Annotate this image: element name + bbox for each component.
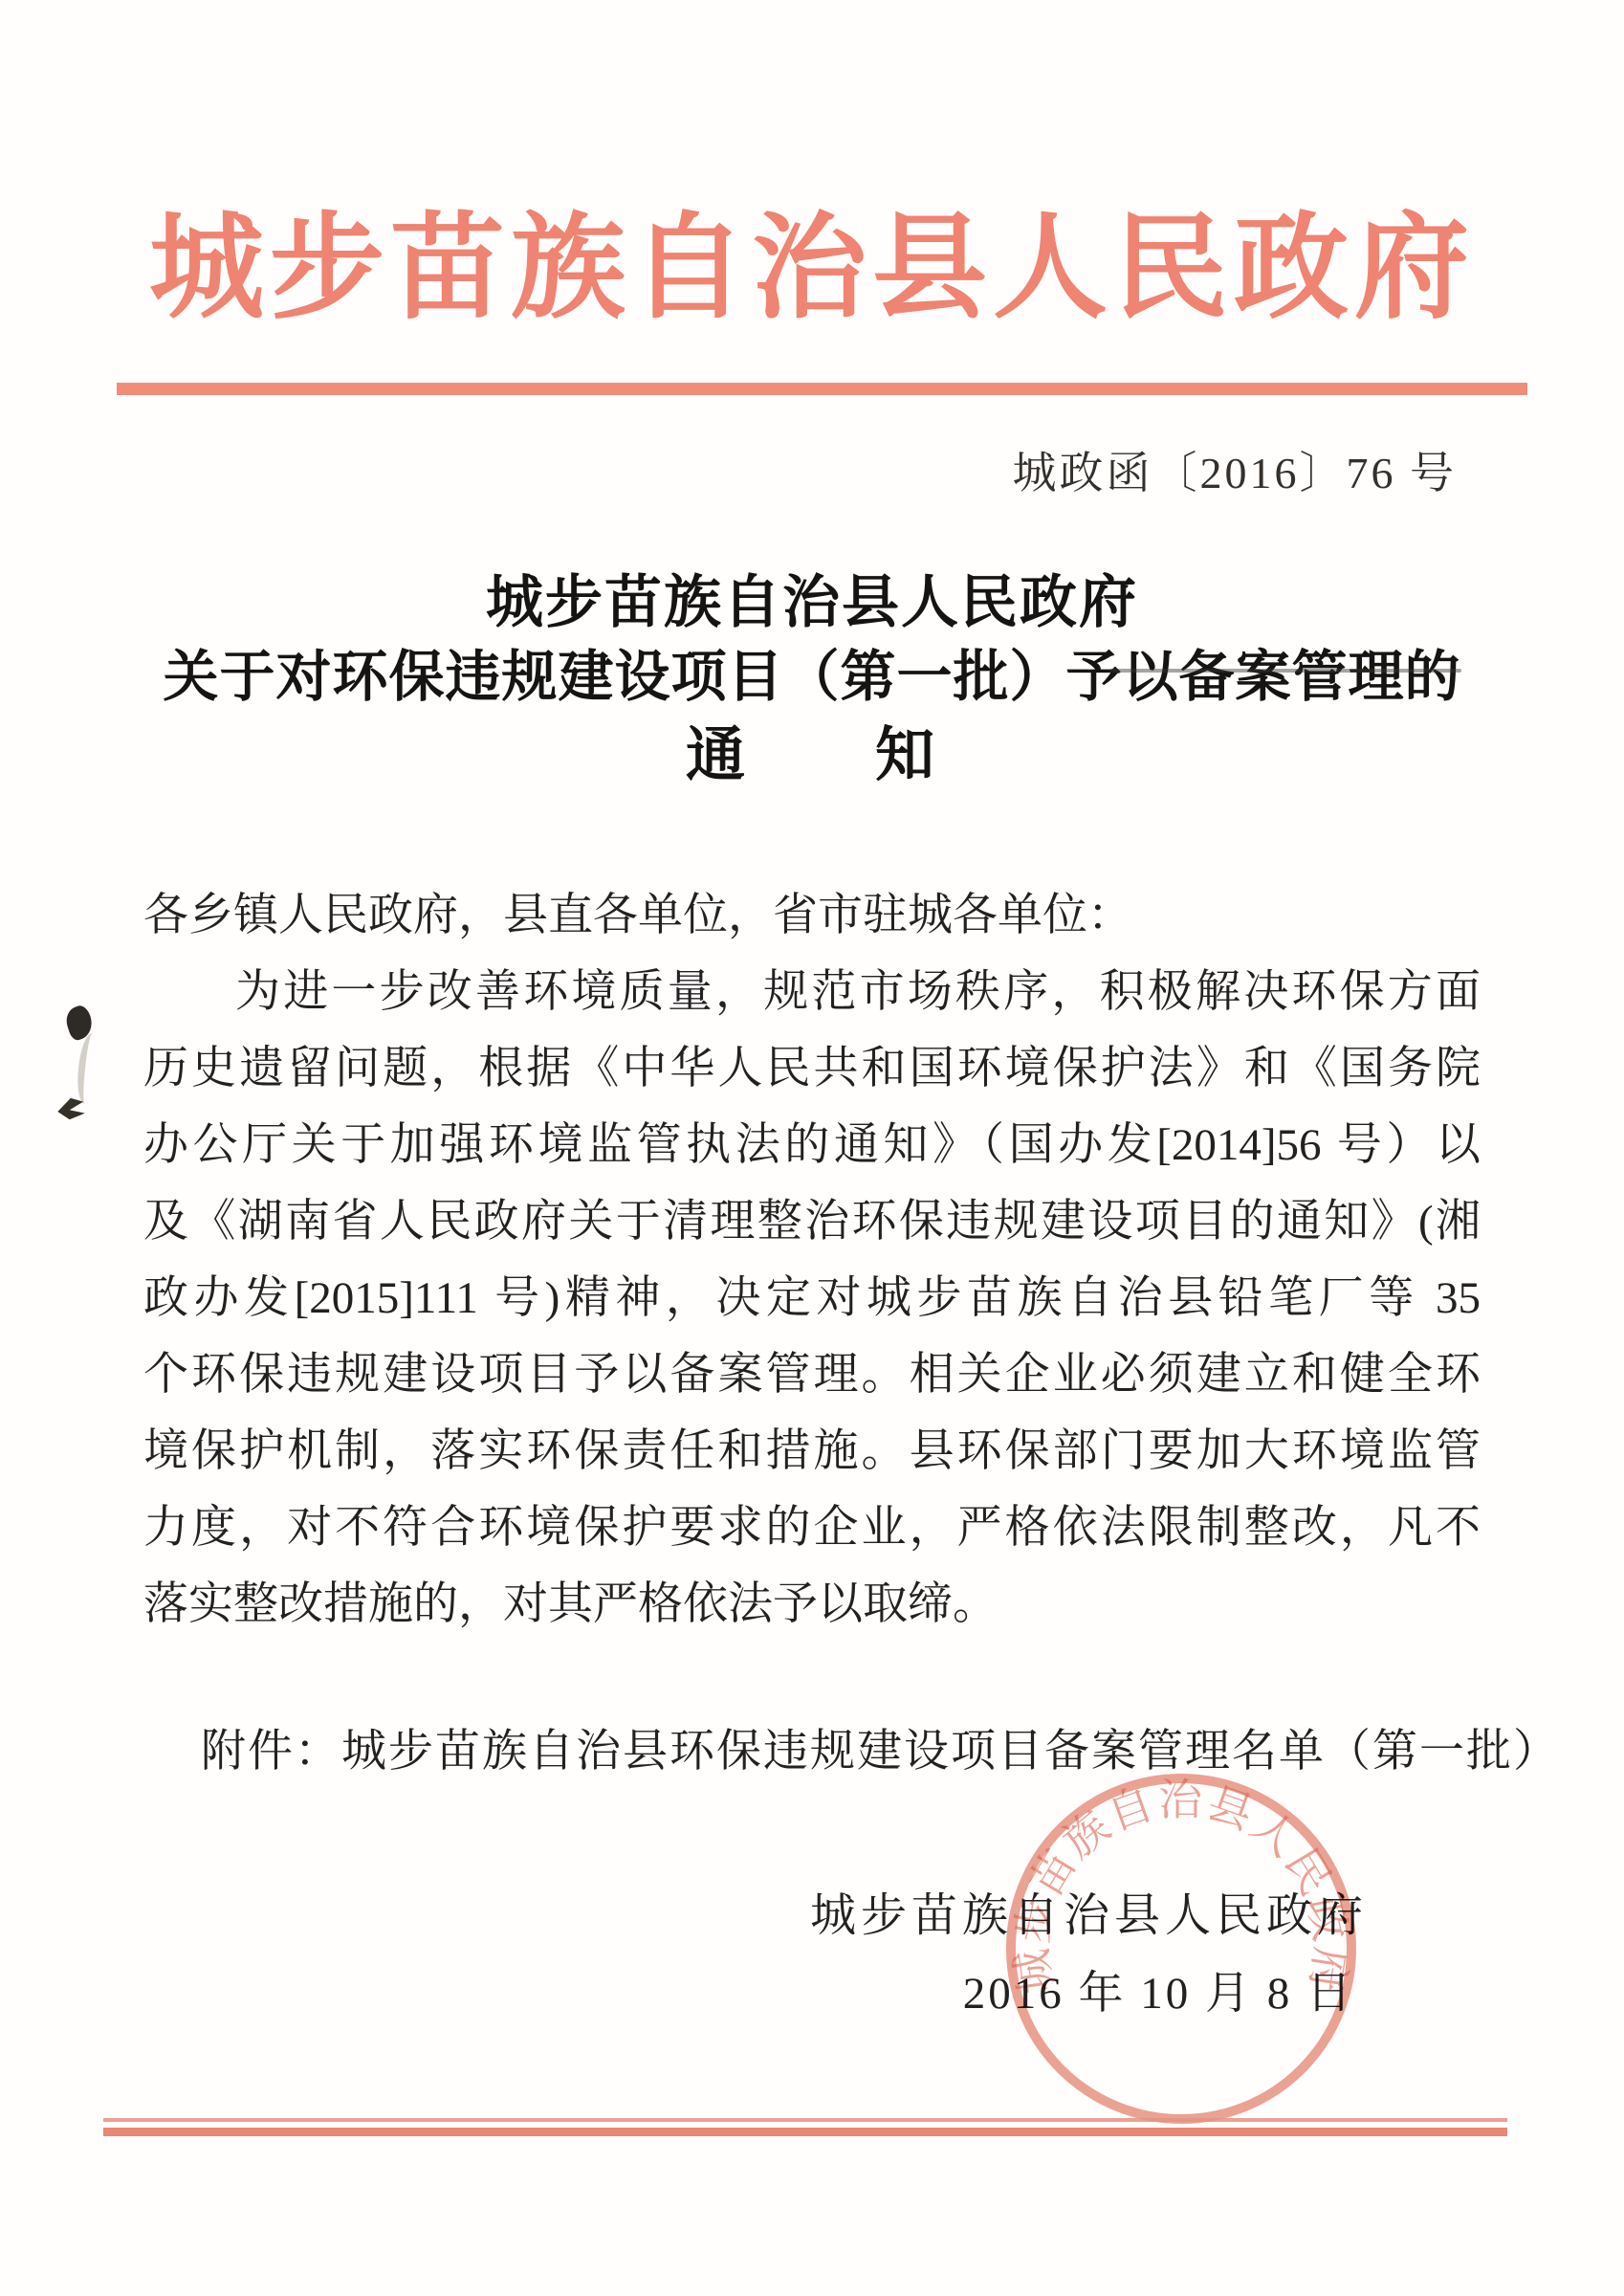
salutation-line: 各乡镇人民政府，县直各单位，省市驻城各单位： xyxy=(143,877,1481,954)
title-line-3: 通 知 xyxy=(0,716,1624,796)
issuing-authority-masthead: 城步苗族自治县人民政府 xyxy=(0,203,1624,335)
scan-streak-artifact xyxy=(1109,669,1461,673)
attachment-name: 城步苗族自治县环保违规建设项目备案管理名单（第一批） xyxy=(341,1727,1560,1777)
body-line: 为进一步改善环境质量，规范市场秩序，积极解决环保方面 xyxy=(143,954,1481,1030)
body-line-last: 落实整改措施的，对其严格依法予以取缔。 xyxy=(143,1566,1481,1643)
body-line: 政办发[2015]111 号)精神，决定对城步苗族自治县铅笔厂等 35 xyxy=(143,1260,1481,1336)
footer-red-rule-thick xyxy=(103,2128,1507,2136)
document-reference-number: 城政函〔2016〕76 号 xyxy=(1013,438,1458,501)
body-line: 力度，对不符合环境保护要求的企业，严格依法限制整改，凡不 xyxy=(143,1490,1481,1566)
official-seal-stamp: 城步苗族自治县人民政府 xyxy=(995,1762,1368,2135)
document-title: 城步苗族自治县人民政府 关于对环保违规建设项目（第一批）予以备案管理的 通 知 xyxy=(0,566,1624,796)
signing-authority: 城步苗族自治县人民政府 xyxy=(810,1878,1368,1944)
body-line: 境保护机制，落实环保责任和措施。县环保部门要加大环境监管 xyxy=(143,1413,1481,1490)
document-date: 2016 年 10 月 8 日 xyxy=(963,1957,1354,2021)
body-paragraphs: 各乡镇人民政府，县直各单位，省市驻城各单位： 为进一步改善环境质量，规范市场秩序… xyxy=(143,877,1481,1643)
attachment-label: 附件： xyxy=(201,1727,341,1777)
ink-smudge-tail xyxy=(75,1032,102,1105)
title-line-2: 关于对环保违规建设项目（第一批）予以备案管理的 xyxy=(0,639,1624,716)
seal-ring xyxy=(1011,1778,1351,2119)
attachment-note: 附件：城步苗族自治县环保违规建设项目备案管理名单（第一批） xyxy=(201,1715,1560,1779)
body-line: 历史遗留问题，根据《中华人民共和国环境保护法》和《国务院 xyxy=(143,1030,1481,1107)
footer-red-rule-thin xyxy=(103,2118,1507,2122)
title-line-1: 城步苗族自治县人民政府 xyxy=(0,566,1624,639)
masthead-red-rule xyxy=(117,383,1527,395)
body-line: 办公厅关于加强环境监管执法的通知》（国办发[2014]56 号）以 xyxy=(143,1107,1481,1183)
body-line: 及《湖南省人民政府关于清理整治环保违规建设项目的通知》(湘 xyxy=(143,1183,1481,1260)
body-line: 个环保违规建设项目予以备案管理。相关企业必须建立和健全环 xyxy=(143,1336,1481,1413)
document-page: 城步苗族自治县人民政府 城政函〔2016〕76 号 城步苗族自治县人民政府 关于… xyxy=(0,0,1624,2296)
